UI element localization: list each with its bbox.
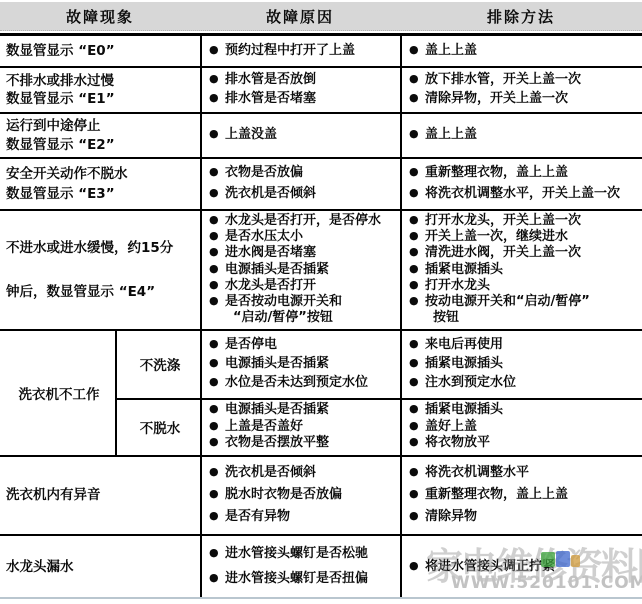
watermark-accent-orange bbox=[571, 555, 580, 567]
phenomenon-cell: 安全开关动作不脱水数显管显示 “E3” bbox=[0, 159, 200, 209]
cause-item-text: 洗衣机是否倾斜 bbox=[225, 466, 316, 481]
cause-item: ●进水管接头螺钉是否松驰 bbox=[209, 547, 397, 562]
cause-item: ●是否有异物 bbox=[209, 510, 397, 525]
causes-cell: ●进水管接头螺钉是否松驰●进水管接头螺钉是否扭偏 bbox=[200, 536, 400, 598]
cause-item: ●排水管是否堵塞 bbox=[209, 92, 397, 107]
table-row: 不排水或排水过慢数显管显示 “E1”●排水管是否放倒●排水管是否堵塞●放下排水管… bbox=[0, 66, 642, 112]
cause-item: ●衣物是否放偏 bbox=[209, 166, 397, 181]
phenomenon-text: 洗衣机内有异音 bbox=[6, 487, 197, 503]
bullet-icon: ● bbox=[409, 44, 425, 59]
phenomenon-cell: 运行到中途停止数显管显示 “E2” bbox=[0, 114, 200, 157]
cause-item: ●水龙头是否打开 bbox=[209, 279, 397, 294]
phenomenon-text: 不进水或进水缓慢，约15分 bbox=[6, 240, 197, 256]
solution-item-text: 盖好上盖 bbox=[425, 420, 477, 435]
bullet-icon: ● bbox=[409, 466, 425, 481]
solution-item-text: 盖上上盖 bbox=[425, 44, 477, 59]
bullet-icon: ● bbox=[409, 187, 425, 202]
table-row: 运行到中途停止数显管显示 “E2”●上盖没盖●盖上上盖 bbox=[0, 112, 642, 157]
bullet-icon: ● bbox=[209, 279, 225, 294]
solution-item-text: 清除异物，开关上盖一次 bbox=[425, 92, 568, 107]
table-row: 安全开关动作不脱水数显管显示 “E3”●衣物是否放偏●洗衣机是否倾斜●重新整理衣… bbox=[0, 157, 642, 209]
solution-item: ●按动电源开关和“启动/暂停” bbox=[409, 295, 639, 310]
bullet-icon: ● bbox=[409, 560, 425, 575]
bullet-icon: ● bbox=[409, 357, 425, 372]
watermark-url-text: WWW.520101.COM bbox=[451, 573, 642, 593]
header-phenomenon-label: 故障现象 bbox=[66, 6, 134, 27]
cause-item-text: 水龙头是否打开，是否停水 bbox=[225, 214, 381, 229]
bullet-icon: ● bbox=[409, 436, 425, 451]
solution-item-text: 将洗衣机调整水平 bbox=[425, 466, 529, 481]
solutions-cell: ●盖上上盖 bbox=[400, 114, 642, 157]
solutions-cell: ●将洗衣机调整水平●重新整理衣物，盖上上盖●清除异物 bbox=[400, 457, 642, 534]
solution-item: ●盖好上盖 bbox=[409, 420, 639, 435]
bottom-divider bbox=[0, 597, 642, 599]
phenomenon-text: 水龙头漏水 bbox=[6, 559, 197, 575]
cause-item-text: 预约过程中打开了上盖 bbox=[225, 44, 355, 59]
subrows-container: 不洗涤●是否停电●电源插头是否插紧●水位是否未达到预定水位●来电后再使用●插紧电… bbox=[115, 331, 642, 455]
cause-item: ●进水阀是否堵塞 bbox=[209, 246, 397, 261]
solution-item: ●重新整理衣物，盖上上盖 bbox=[409, 166, 639, 181]
bullet-icon: ● bbox=[209, 510, 225, 525]
bullet-icon: ● bbox=[209, 547, 225, 562]
cause-item-text: 电源插头是否插紧 bbox=[225, 263, 329, 278]
bullet-icon: ● bbox=[209, 246, 225, 261]
bullet-icon: ● bbox=[409, 420, 425, 435]
cause-item: ●洗衣机是否倾斜 bbox=[209, 466, 397, 481]
cause-item: ●电源插头是否插紧 bbox=[209, 403, 397, 418]
bullet-icon: ● bbox=[409, 295, 425, 310]
cause-item-text: 脱水时衣物是否放偏 bbox=[225, 488, 342, 503]
row-group-label: 洗衣机不工作 bbox=[0, 331, 115, 455]
bullet-icon: ● bbox=[409, 214, 425, 229]
solution-item-text: 盖上上盖 bbox=[425, 128, 477, 143]
header-cause-label: 故障原因 bbox=[266, 6, 334, 27]
cause-item-text: 排水管是否堵塞 bbox=[225, 92, 316, 107]
solutions-cell: ●盖上上盖 bbox=[400, 36, 642, 66]
solution-item: ●来电后再使用 bbox=[409, 338, 639, 353]
bullet-icon: ● bbox=[209, 357, 225, 372]
causes-cell: ●是否停电●电源插头是否插紧●水位是否未达到预定水位 bbox=[200, 331, 400, 398]
causes-cell: ●水龙头是否打开，是否停水●是否水压太小●进水阀是否堵塞●电源插头是否插紧●水龙… bbox=[200, 211, 400, 329]
solution-item-text: 按动电源开关和“启动/暂停” bbox=[425, 295, 590, 310]
bullet-icon: ● bbox=[209, 436, 225, 451]
cause-item-text: 排水管是否放倒 bbox=[225, 73, 316, 88]
bullet-icon: ● bbox=[209, 214, 225, 229]
solution-item-text: 将衣物放平 bbox=[425, 436, 490, 451]
causes-cell: ●洗衣机是否倾斜●脱水时衣物是否放偏●是否有异物 bbox=[200, 457, 400, 534]
solutions-cell: ●重新整理衣物，盖上上盖●将洗衣机调整水平，开关上盖一次 bbox=[400, 159, 642, 209]
solution-item: ●清除异物，开关上盖一次 bbox=[409, 92, 639, 107]
table-row: 洗衣机内有异音●洗衣机是否倾斜●脱水时衣物是否放偏●是否有异物●将洗衣机调整水平… bbox=[0, 455, 642, 534]
solution-item-continuation: 按钮 bbox=[409, 311, 639, 326]
cause-item: ●衣物是否摆放平整 bbox=[209, 436, 397, 451]
solution-item: ●插紧电源插头 bbox=[409, 357, 639, 372]
cause-item-text: 水位是否未达到预定水位 bbox=[225, 376, 368, 391]
phenomenon-text: 不排水或排水过慢 bbox=[6, 73, 197, 89]
bullet-icon: ● bbox=[409, 510, 425, 525]
solution-item-text: 重新整理衣物，盖上上盖 bbox=[425, 166, 568, 181]
solution-item-text: 重新整理衣物，盖上上盖 bbox=[425, 488, 568, 503]
solutions-cell: ●打开水龙头，开关上盖一次●开关上盖一次，继续进水●清洗进水阀，开关上盖一次●插… bbox=[400, 211, 642, 329]
header-cell-phenomenon: 故障现象 bbox=[0, 2, 200, 30]
causes-cell: ●排水管是否放倒●排水管是否堵塞 bbox=[200, 68, 400, 112]
phenomenon-text: 安全开关动作不脱水 bbox=[6, 166, 197, 182]
cause-item: ●水位是否未达到预定水位 bbox=[209, 376, 397, 391]
solutions-cell: ●来电后再使用●插紧电源插头●注水到预定水位 bbox=[400, 331, 642, 398]
bullet-icon: ● bbox=[209, 230, 225, 245]
cause-item-continuation: “启动/暂停”按钮 bbox=[209, 311, 397, 326]
solution-item-text: 开关上盖一次，继续进水 bbox=[425, 230, 568, 245]
solution-item-text: 打开水龙头 bbox=[425, 279, 490, 294]
solution-item-text: 插紧电源插头 bbox=[425, 357, 503, 372]
solution-item: ●注水到预定水位 bbox=[409, 376, 639, 391]
phenomenon-text: 数显管显示 “E1” bbox=[6, 91, 197, 107]
cause-item-text: 洗衣机是否倾斜 bbox=[225, 187, 316, 202]
solution-item: ●放下排水管，开关上盖一次 bbox=[409, 73, 639, 88]
cause-item-text: 进水管接头螺钉是否松驰 bbox=[225, 547, 368, 562]
cause-item: ●是否水压太小 bbox=[209, 230, 397, 245]
table-subrow: 不洗涤●是否停电●电源插头是否插紧●水位是否未达到预定水位●来电后再使用●插紧电… bbox=[115, 331, 642, 398]
table-body: 数显管显示 “E0”●预约过程中打开了上盖●盖上上盖不排水或排水过慢数显管显示 … bbox=[0, 33, 642, 598]
solution-item: ●将洗衣机调整水平，开关上盖一次 bbox=[409, 187, 639, 202]
solution-item: ●打开水龙头，开关上盖一次 bbox=[409, 214, 639, 229]
solution-item-text: 清除异物 bbox=[425, 510, 477, 525]
bullet-icon: ● bbox=[209, 73, 225, 88]
solution-item-text: 来电后再使用 bbox=[425, 338, 503, 353]
watermark-accent-blue bbox=[556, 551, 570, 567]
bullet-icon: ● bbox=[409, 246, 425, 261]
phenomenon-text: 数显管显示 “E3” bbox=[6, 186, 197, 202]
bullet-icon: ● bbox=[209, 572, 225, 587]
phenomenon-text: 钟后，数显管显示 “E4” bbox=[6, 284, 197, 300]
bullet-icon: ● bbox=[409, 92, 425, 107]
bullet-icon: ● bbox=[409, 338, 425, 353]
cause-item-text: 衣物是否放偏 bbox=[225, 166, 303, 181]
cause-item: ●是否按动电源开关和 bbox=[209, 295, 397, 310]
bullet-icon: ● bbox=[209, 128, 225, 143]
bullet-icon: ● bbox=[209, 263, 225, 278]
bullet-icon: ● bbox=[409, 376, 425, 391]
bullet-icon: ● bbox=[209, 376, 225, 391]
cause-item-text: 进水管接头螺钉是否扭偏 bbox=[225, 572, 368, 587]
table-row: 数显管显示 “E0”●预约过程中打开了上盖●盖上上盖 bbox=[0, 36, 642, 66]
bullet-icon: ● bbox=[409, 230, 425, 245]
bullet-icon: ● bbox=[409, 263, 425, 278]
solution-item-text: 注水到预定水位 bbox=[425, 376, 516, 391]
bullet-icon: ● bbox=[409, 166, 425, 181]
bullet-icon: ● bbox=[409, 279, 425, 294]
table-row: 不进水或进水缓慢，约15分钟后，数显管显示 “E4”●水龙头是否打开，是否停水●… bbox=[0, 209, 642, 329]
cause-item-text: 水龙头是否打开 bbox=[225, 279, 316, 294]
cause-item: ●水龙头是否打开，是否停水 bbox=[209, 214, 397, 229]
cause-item-text: 是否停电 bbox=[225, 338, 277, 353]
phenomenon-cell: 水龙头漏水 bbox=[0, 536, 200, 598]
troubleshooting-table-page: 故障现象 故障原因 排除方法 数显管显示 “E0”●预约过程中打开了上盖●盖上上… bbox=[0, 0, 642, 604]
cause-item: ●洗衣机是否倾斜 bbox=[209, 187, 397, 202]
cause-item-text: 是否有异物 bbox=[225, 510, 290, 525]
bullet-icon: ● bbox=[209, 187, 225, 202]
phenomenon-text: 数显管显示 “E2” bbox=[6, 137, 197, 153]
solution-item-text: 将洗衣机调整水平，开关上盖一次 bbox=[425, 187, 620, 202]
bullet-icon: ● bbox=[209, 44, 225, 59]
solution-item: ●清除异物 bbox=[409, 510, 639, 525]
header-cell-method: 排除方法 bbox=[400, 2, 642, 30]
bullet-icon: ● bbox=[209, 403, 225, 418]
cause-item: ●上盖是否盖好 bbox=[209, 420, 397, 435]
causes-cell: ●衣物是否放偏●洗衣机是否倾斜 bbox=[200, 159, 400, 209]
solution-item: ●插紧电源插头 bbox=[409, 263, 639, 278]
cause-item-text: 上盖没盖 bbox=[225, 128, 277, 143]
bullet-icon: ● bbox=[209, 488, 225, 503]
header-method-label: 排除方法 bbox=[487, 6, 555, 27]
causes-cell: ●电源插头是否插紧●上盖是否盖好●衣物是否摆放平整 bbox=[200, 400, 400, 455]
bullet-icon: ● bbox=[409, 403, 425, 418]
solution-item: ●开关上盖一次，继续进水 bbox=[409, 230, 639, 245]
cause-item: ●进水管接头螺钉是否扭偏 bbox=[209, 572, 397, 587]
cause-item-text: 电源插头是否插紧 bbox=[225, 357, 329, 372]
phenomenon-cell: 洗衣机内有异音 bbox=[0, 457, 200, 534]
bullet-icon: ● bbox=[209, 338, 225, 353]
phenomenon-text: 数显管显示 “E0” bbox=[6, 43, 197, 59]
cause-item-text: 是否水压太小 bbox=[225, 230, 303, 245]
header-cell-cause: 故障原因 bbox=[200, 2, 400, 30]
cause-item: ●上盖没盖 bbox=[209, 128, 397, 143]
cause-item: ●电源插头是否插紧 bbox=[209, 263, 397, 278]
bullet-icon: ● bbox=[209, 295, 225, 310]
cause-item: ●排水管是否放倒 bbox=[209, 73, 397, 88]
cause-item-text: 是否按动电源开关和 bbox=[225, 295, 342, 310]
solution-item-text: 放下排水管，开关上盖一次 bbox=[425, 73, 581, 88]
solution-item: ●盖上上盖 bbox=[409, 44, 639, 59]
bullet-icon: ● bbox=[209, 92, 225, 107]
bullet-icon: ● bbox=[209, 420, 225, 435]
solution-item-text: 插紧电源插头 bbox=[425, 403, 503, 418]
phenomenon-cell: 不排水或排水过慢数显管显示 “E1” bbox=[0, 68, 200, 112]
bullet-icon: ● bbox=[409, 73, 425, 88]
table-subrow: 不脱水●电源插头是否插紧●上盖是否盖好●衣物是否摆放平整●插紧电源插头●盖好上盖… bbox=[115, 398, 642, 455]
bullet-icon: ● bbox=[209, 466, 225, 481]
cause-item-text: 衣物是否摆放平整 bbox=[225, 436, 329, 451]
cause-item: ●预约过程中打开了上盖 bbox=[209, 44, 397, 59]
solution-item: ●清洗进水阀，开关上盖一次 bbox=[409, 246, 639, 261]
watermark-accent-green bbox=[541, 552, 555, 567]
solution-item: ●重新整理衣物，盖上上盖 bbox=[409, 488, 639, 503]
table-header: 故障现象 故障原因 排除方法 bbox=[0, 2, 642, 31]
solution-item: ●盖上上盖 bbox=[409, 128, 639, 143]
phenomenon-cell: 数显管显示 “E0” bbox=[0, 36, 200, 66]
causes-cell: ●上盖没盖 bbox=[200, 114, 400, 157]
bullet-icon: ● bbox=[209, 166, 225, 181]
solutions-cell: ●插紧电源插头●盖好上盖●将衣物放平 bbox=[400, 400, 642, 455]
subrow-label: 不洗涤 bbox=[115, 331, 200, 398]
cause-item: ●是否停电 bbox=[209, 338, 397, 353]
cause-item: ●电源插头是否插紧 bbox=[209, 357, 397, 372]
solution-item-text: 清洗进水阀，开关上盖一次 bbox=[425, 246, 581, 261]
solution-item: ●打开水龙头 bbox=[409, 279, 639, 294]
solution-item-text: 插紧电源插头 bbox=[425, 263, 503, 278]
cause-item: ●脱水时衣物是否放偏 bbox=[209, 488, 397, 503]
solution-item: ●将衣物放平 bbox=[409, 436, 639, 451]
subrow-label: 不脱水 bbox=[115, 400, 200, 455]
solution-item-text: 打开水龙头，开关上盖一次 bbox=[425, 214, 581, 229]
causes-cell: ●预约过程中打开了上盖 bbox=[200, 36, 400, 66]
solutions-cell: ●放下排水管，开关上盖一次●清除异物，开关上盖一次 bbox=[400, 68, 642, 112]
solution-item: ●插紧电源插头 bbox=[409, 403, 639, 418]
cause-item-text: 进水阀是否堵塞 bbox=[225, 246, 316, 261]
bullet-icon: ● bbox=[409, 488, 425, 503]
cause-item-text: 上盖是否盖好 bbox=[225, 420, 303, 435]
phenomenon-text: 运行到中途停止 bbox=[6, 118, 197, 134]
cause-item-text: 电源插头是否插紧 bbox=[225, 403, 329, 418]
phenomenon-cell: 不进水或进水缓慢，约15分钟后，数显管显示 “E4” bbox=[0, 211, 200, 329]
solution-item: ●将洗衣机调整水平 bbox=[409, 466, 639, 481]
table-row: 洗衣机不工作不洗涤●是否停电●电源插头是否插紧●水位是否未达到预定水位●来电后再… bbox=[0, 329, 642, 455]
bullet-icon: ● bbox=[409, 128, 425, 143]
